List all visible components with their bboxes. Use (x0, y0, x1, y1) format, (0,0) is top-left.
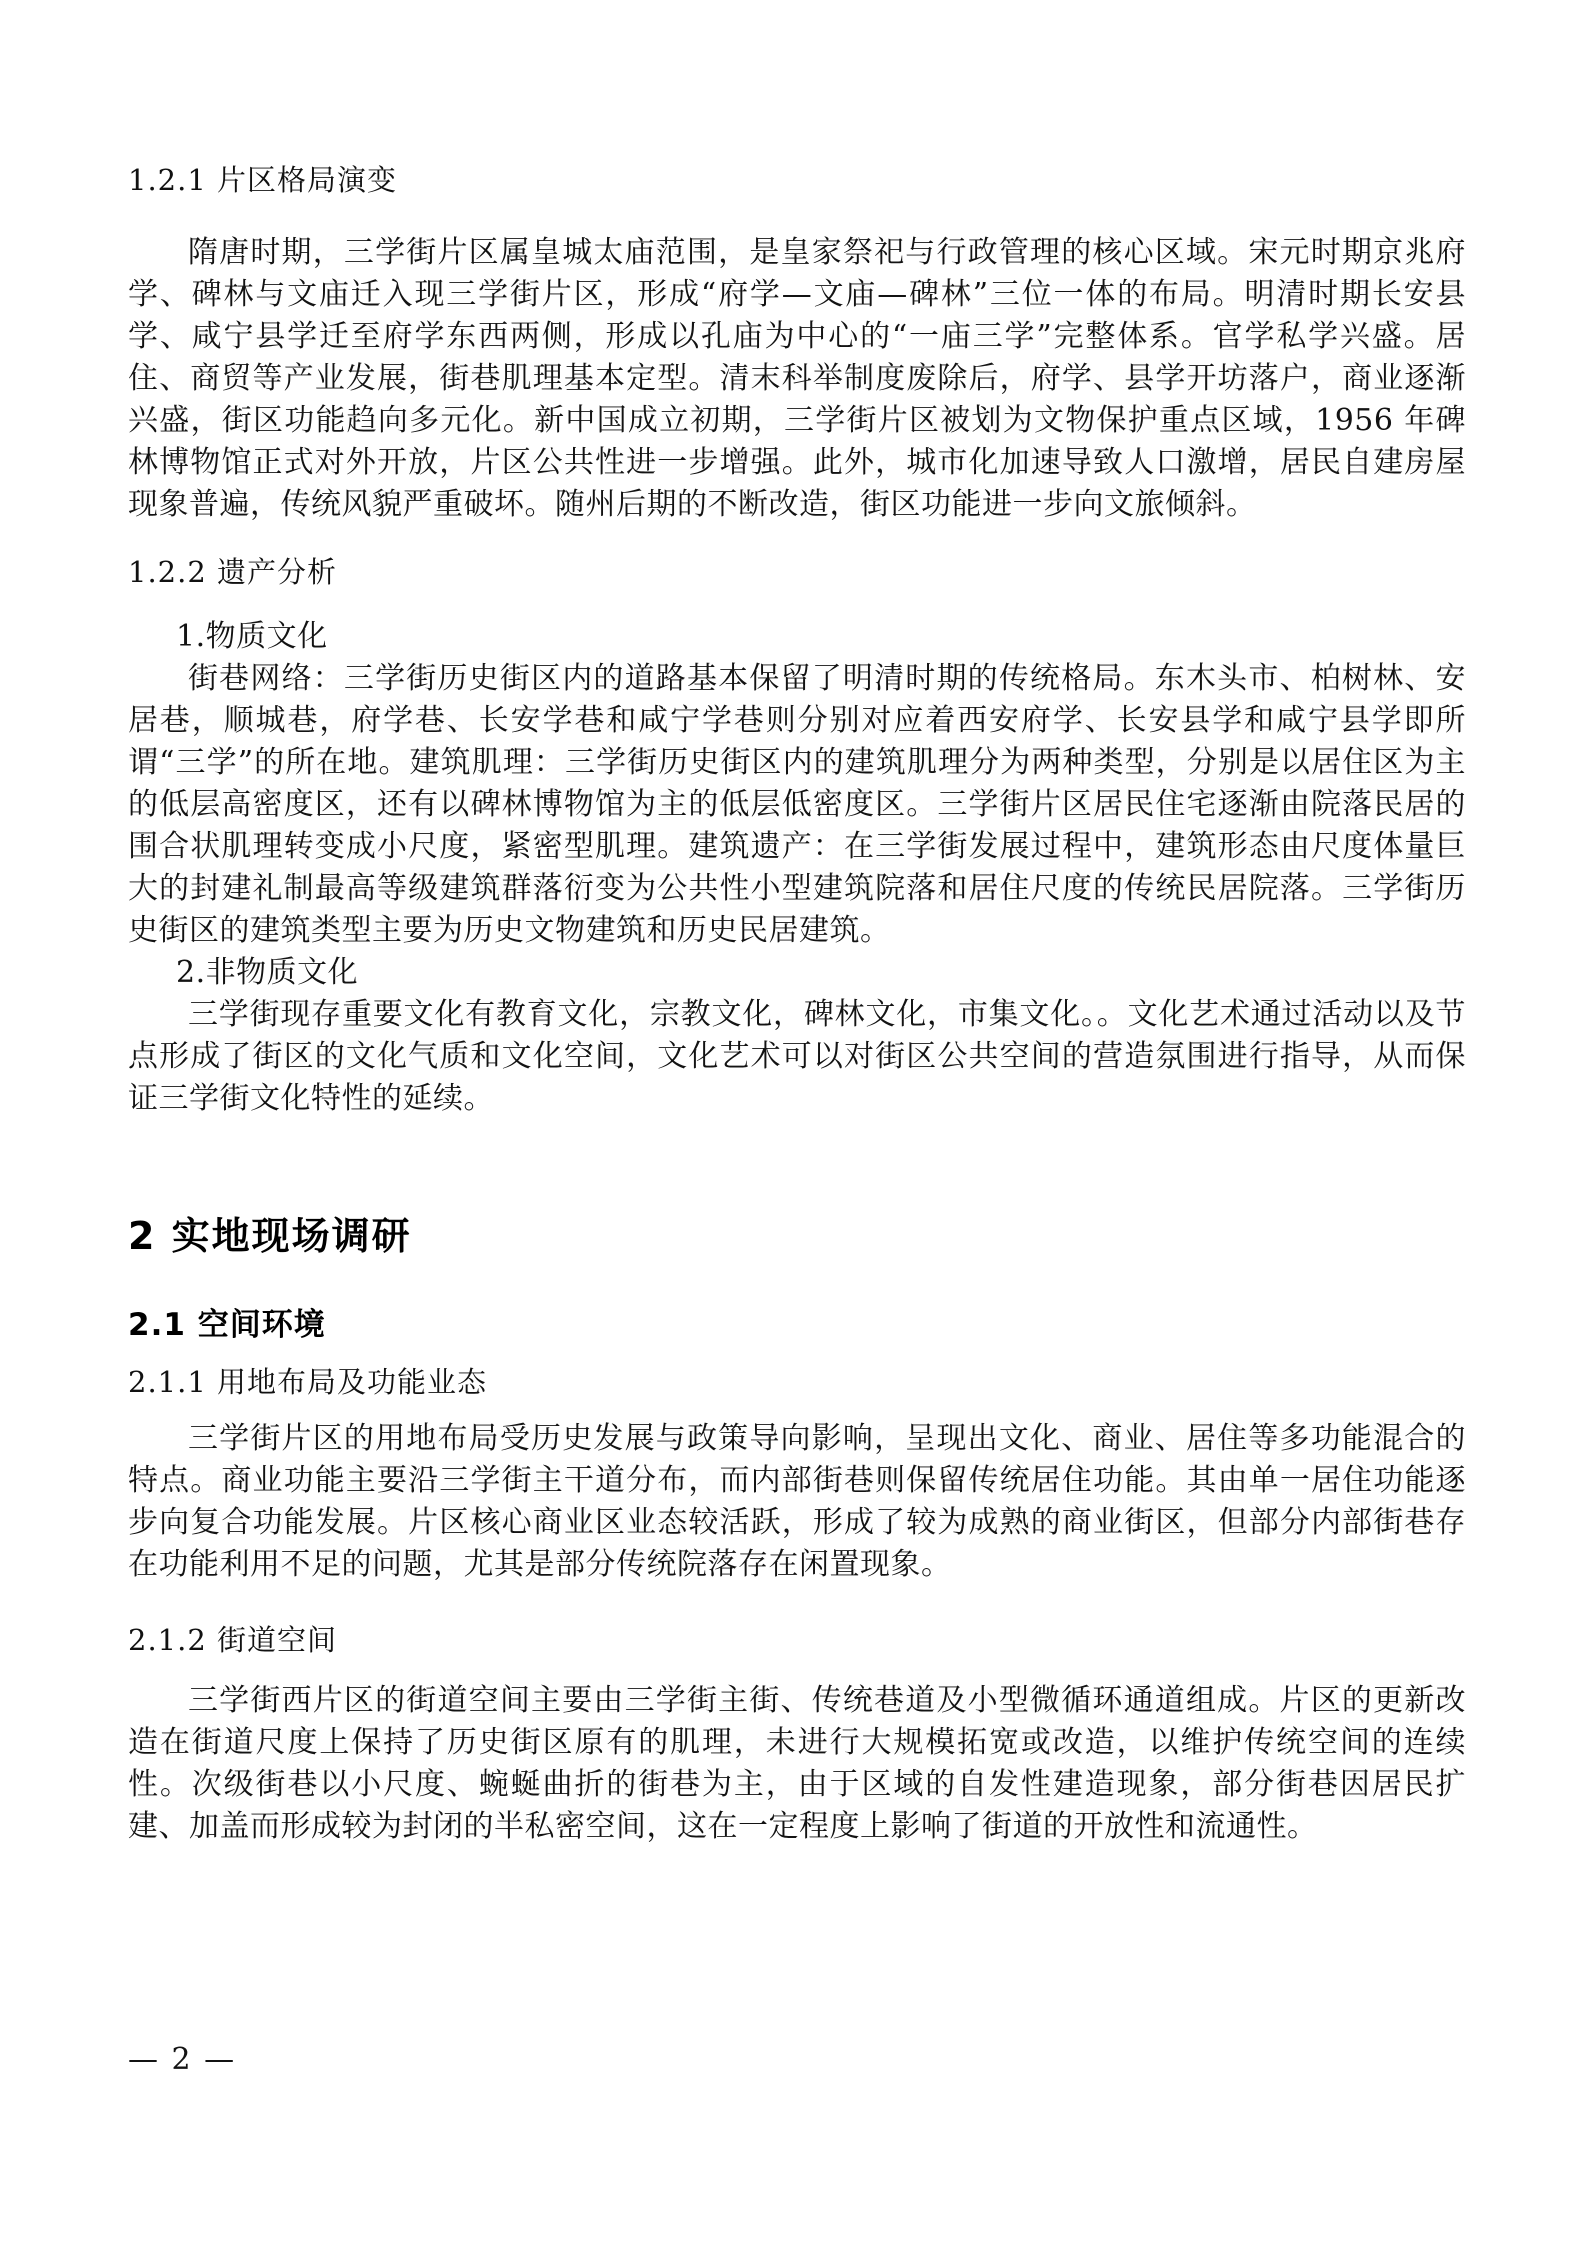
paragraph-street-space: 三学街西片区的街道空间主要由三学街主街、传统巷道及小型微循环通道组成。片区的更新… (128, 1680, 1466, 1848)
paragraph-land-use-layout: 三学街片区的用地布局受历史发展与政策导向影响，呈现出文化、商业、居住等多功能混合… (128, 1418, 1466, 1586)
section-heading-2-1: 2.1 空间环境 (128, 1304, 1466, 1346)
page-content: 1.2.1 片区格局演变 隋唐时期，三学街片区属皇城太庙范围，是皇家祭祀与行政管… (128, 160, 1466, 1848)
chapter-heading-2: 2 实地现场调研 (128, 1212, 1466, 1260)
page-number: — 2 — (128, 2042, 236, 2077)
paragraph-district-pattern-evolution: 隋唐时期，三学街片区属皇城太庙范围，是皇家祭祀与行政管理的核心区域。宋元时期京兆… (128, 232, 1466, 526)
section-heading-1-2-2: 1.2.2 遗产分析 (128, 552, 1466, 592)
paragraph-intangible-culture: 三学街现存重要文化有教育文化，宗教文化，碑林文化，市集文化。。文化艺术通过活动以… (128, 994, 1466, 1120)
section-heading-2-1-2: 2.1.2 街道空间 (128, 1620, 1466, 1660)
subitem-material-culture: 1.物质文化 (128, 616, 1466, 658)
section-heading-2-1-1: 2.1.1 用地布局及功能业态 (128, 1362, 1466, 1402)
subitem-intangible-culture: 2.非物质文化 (128, 952, 1466, 994)
document-page: 1.2.1 片区格局演变 隋唐时期，三学街片区属皇城太庙范围，是皇家祭祀与行政管… (0, 0, 1586, 2245)
section-heading-1-2-1: 1.2.1 片区格局演变 (128, 160, 1466, 200)
paragraph-material-culture: 街巷网络：三学街历史街区内的道路基本保留了明清时期的传统格局。东木头市、柏树林、… (128, 658, 1466, 952)
